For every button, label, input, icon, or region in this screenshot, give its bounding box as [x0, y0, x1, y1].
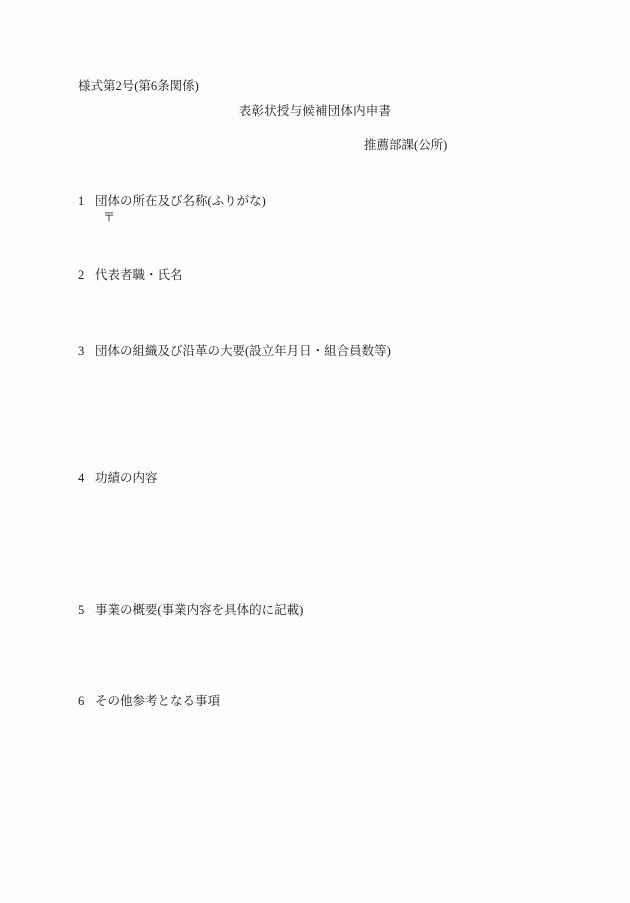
- item-number: 1: [78, 194, 95, 210]
- document-title: 表彰状授与候補団体内申書: [0, 104, 630, 120]
- submitter-department-label: 推薦部課(公所): [364, 138, 447, 154]
- item-label: 団体の所在及び名称(ふりがな): [95, 194, 266, 208]
- form-item-other-references: 6その他参考となる事項: [78, 694, 220, 710]
- item-label: 代表者職・氏名: [95, 268, 183, 282]
- item-number: 6: [78, 694, 95, 710]
- item-label: 事業の概要(事業内容を具体的に記載): [95, 603, 303, 617]
- item-label: 功績の内容: [95, 471, 158, 485]
- document-page: 様式第2号(第6条関係) 表彰状授与候補団体内申書 推薦部課(公所) 1団体の所…: [0, 0, 630, 903]
- form-item-organization-name: 1団体の所在及び名称(ふりがな): [78, 194, 266, 210]
- form-item-representative: 2代表者職・氏名: [78, 268, 183, 284]
- item-number: 3: [78, 344, 95, 360]
- postal-mark-symbol: 〒: [103, 210, 115, 225]
- item-number: 2: [78, 268, 95, 284]
- form-item-business-overview: 5事業の概要(事業内容を具体的に記載): [78, 603, 303, 619]
- item-number: 5: [78, 603, 95, 619]
- item-number: 4: [78, 471, 95, 487]
- form-number-label: 様式第2号(第6条関係): [78, 79, 199, 95]
- form-item-organization-history: 3団体の組織及び沿革の大要(設立年月日・組合員数等): [78, 344, 391, 360]
- item-label: 団体の組織及び沿革の大要(設立年月日・組合員数等): [95, 344, 391, 358]
- item-label: その他参考となる事項: [95, 694, 220, 708]
- form-item-achievements: 4功績の内容: [78, 471, 158, 487]
